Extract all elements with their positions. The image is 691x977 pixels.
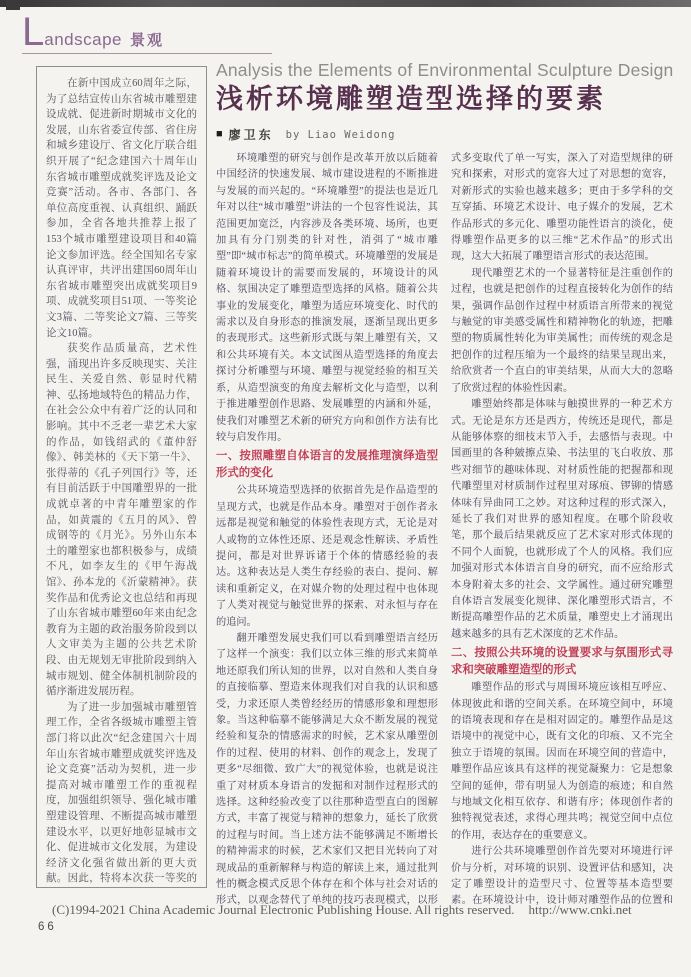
copyright-line: (C)1994-2021 China Academic Journal Elec… xyxy=(52,902,664,918)
brand-underline xyxy=(22,53,272,54)
article: Analysis the Elements of Environmental S… xyxy=(216,60,673,911)
cnki-url: http://www.cnki.net xyxy=(529,902,632,917)
brand-name: andscape xyxy=(44,30,122,50)
article-body-columns: 环境雕塑的研究与创作是改革开放以后随着中国经济的快速发展、城市建设进程的不断推进… xyxy=(216,151,673,911)
sidebar-paragraph: 为了进一步加强城市雕塑管理工作，全省各级城市雕塑主管部门将以此次“纪念建国六十周… xyxy=(46,700,197,888)
author-name-en: by Liao Weidong xyxy=(286,129,396,141)
article-paragraph: 雕塑始终都是体味与触摸世界的一种艺术方式。无论是东方还是西方，传统还是现代，都是… xyxy=(451,397,673,643)
brand-initial: L xyxy=(22,12,44,52)
article-title-cn: 浅析环境雕塑造型选择的要素 xyxy=(216,83,673,115)
author-name-cn: 廖卫东 xyxy=(229,126,274,143)
article-paragraph: 现代雕塑艺术的一个显著特征是注重创作的过程，也就是把创作的过程直接转化为创作的结… xyxy=(451,266,673,397)
section-brand: Landscape 景观 xyxy=(22,12,164,52)
scan-edge-corner xyxy=(6,0,20,10)
page-number: 66 xyxy=(38,921,57,933)
author-square-icon: ■ xyxy=(216,129,223,140)
article-paragraph: 公共环境造型选择的依据首先是作品造型的呈现方式，也就是作品本身。雕塑对于创作者永… xyxy=(216,483,438,631)
section-heading: 二、按照公共环境的设置要求与氛围形式寻求和突破雕塑造型的形式 xyxy=(451,645,673,679)
article-paragraph: 环境雕塑的研究与创作是改革开放以后随着中国经济的快速发展、城市建设进程的不断推进… xyxy=(216,151,438,446)
editor-note-box: 在新中国成立60周年之际，为了总结宣传山东省城市雕塑建设成就、促进新时期城市文化… xyxy=(36,66,207,888)
article-title-en: Analysis the Elements of Environmental S… xyxy=(216,60,673,81)
article-paragraph: 雕塑作品的形式与周围环境应该相互呼应、体现彼此和谐的空间关系。在环境空间中，环境… xyxy=(451,680,673,844)
copyright-text: (C)1994-2021 China Academic Journal Elec… xyxy=(52,902,515,917)
brand-name-cn: 景观 xyxy=(130,29,164,50)
author-line: ■ 廖卫东 by Liao Weidong xyxy=(216,126,673,143)
section-heading: 一、按照雕塑自体语言的发展推理演绎造型形式的变化 xyxy=(216,448,438,482)
scan-edge-top xyxy=(0,0,691,7)
journal-scan-page: Landscape 景观 在新中国成立60周年之际，为了总结宣传山东省城市雕塑建… xyxy=(0,0,691,977)
sidebar-paragraph: 在新中国成立60周年之际，为了总结宣传山东省城市雕塑建设成就、促进新时期城市文化… xyxy=(46,76,197,341)
sidebar-paragraph: 获奖作品质量高，艺术性强，涌现出许多反映现实、关注民生、关爱自然、彰显时代精神、… xyxy=(46,341,197,700)
